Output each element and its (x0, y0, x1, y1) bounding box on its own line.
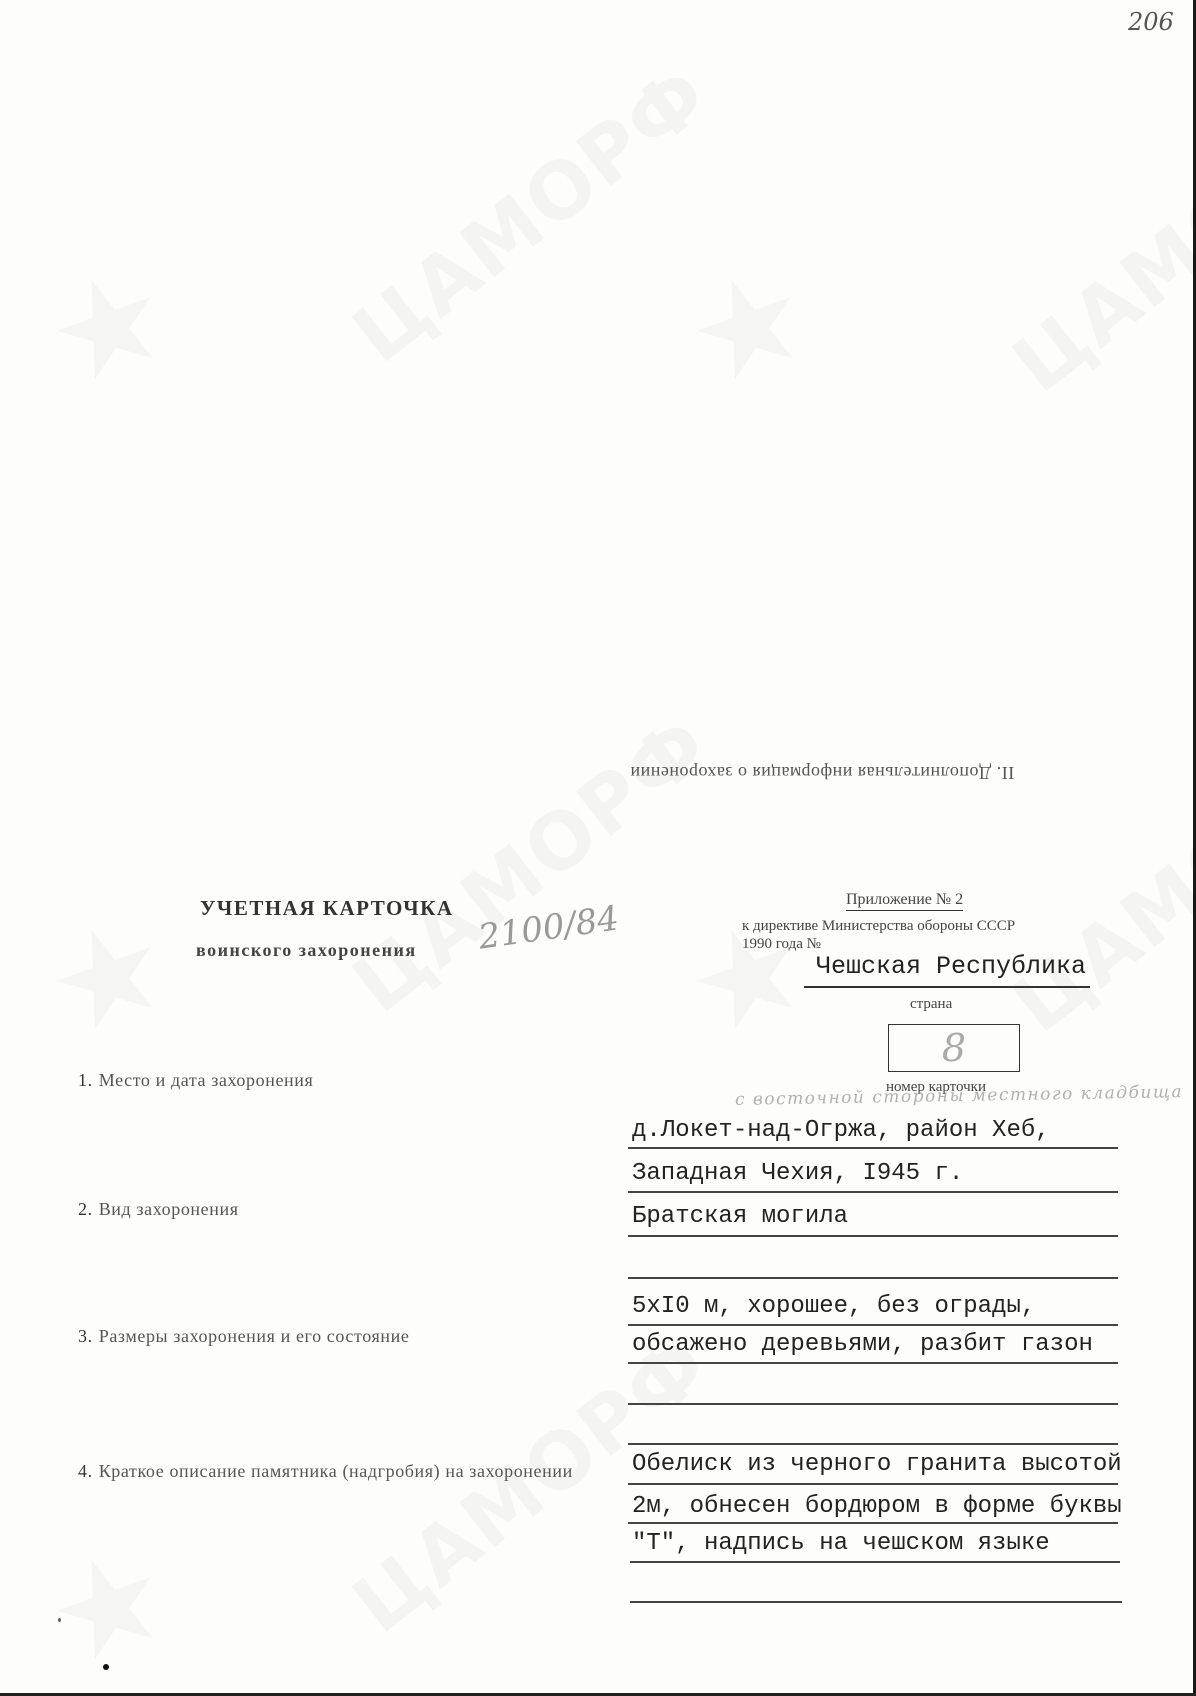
field-rule (628, 1403, 1118, 1405)
field-rule (628, 1483, 1118, 1485)
field-value-line: обсажено деревьями, разбит газон (632, 1331, 1093, 1358)
field-label-text: Краткое описание памятника (надгробия) н… (99, 1461, 573, 1481)
inverted-section-heading: II. Дополнительная информация о захороне… (630, 762, 1014, 783)
field-label-text: Вид захоронения (99, 1199, 239, 1219)
field-rule (628, 1277, 1118, 1279)
star-icon: ★ (668, 235, 830, 418)
field-value-line: д.Локет-над-Огржа, район Хеб, (632, 1117, 1050, 1144)
country-label: страна (910, 996, 952, 1013)
field-value-line: 5xI0 м, хорошее, без ограды, (632, 1293, 1035, 1320)
field-rule (628, 1147, 1118, 1149)
field-rule (628, 1522, 1118, 1524)
watermark-text: ЦАМОРФ (337, 49, 726, 380)
field-value-line: 2м, обнесен бордюром в форме буквы (632, 1493, 1122, 1520)
field-label-monument-description: 4.Краткое описание памятника (надгробия)… (78, 1461, 588, 1481)
page-number: 206 (1128, 8, 1174, 36)
field-value-line: "T", надпись на чешском языке (632, 1530, 1050, 1557)
field-rule (628, 1324, 1118, 1326)
star-icon: ★ (668, 885, 830, 1068)
watermark-text: ЦАМОРФ (997, 79, 1196, 410)
star-icon: ★ (28, 235, 190, 418)
field-number: 1. (78, 1070, 93, 1090)
card-number-value: 8 (942, 1029, 966, 1067)
handwritten-note: с восточной стороны местного кладбища (735, 1082, 1183, 1110)
field-value-line: Западная Чехия, I945 г. (632, 1160, 963, 1187)
country-value: Чешская Республика (816, 952, 1086, 981)
appendix-title: Приложение № 2 (846, 891, 963, 911)
field-number: 4. (78, 1461, 93, 1481)
field-label-burial-type: 2.Вид захоронения (78, 1199, 239, 1220)
card-title: УЧЕТНАЯ КАРТОЧКА (200, 896, 454, 921)
watermark-text: ЦАМОРФ (337, 699, 726, 1030)
field-number: 2. (78, 1199, 93, 1219)
directive-year: 1990 года № (742, 936, 821, 953)
field-rule (628, 1191, 1118, 1193)
field-value-line: Братская могила (632, 1203, 848, 1230)
star-icon: ★ (28, 885, 190, 1068)
field-label-burial-place-date: 1.Место и дата захоронения (78, 1070, 313, 1091)
card-number-box: 8 (888, 1024, 1020, 1072)
field-rule (628, 1362, 1118, 1364)
scan-speck (58, 1618, 61, 1622)
field-rule (630, 1561, 1120, 1563)
watermark-text: ЦАМОРФ (997, 719, 1196, 1050)
field-rule (628, 1443, 1118, 1445)
field-rule (630, 1601, 1122, 1603)
card-subtitle: воинского захоронения (196, 940, 417, 961)
field-rule (628, 1235, 1118, 1237)
field-label-text: Место и дата захоронения (99, 1070, 314, 1090)
field-label-text: Размеры захоронения и его состояние (99, 1326, 410, 1346)
field-label-burial-size-condition: 3.Размеры захоронения и его состояние (78, 1326, 409, 1347)
country-underline (804, 986, 1090, 988)
field-number: 3. (78, 1326, 93, 1346)
scan-speck (103, 1664, 109, 1670)
field-value-line: Обелиск из черного гранита высотой (632, 1451, 1122, 1478)
directive-reference: к директиве Министерства обороны СССР (742, 918, 1015, 935)
